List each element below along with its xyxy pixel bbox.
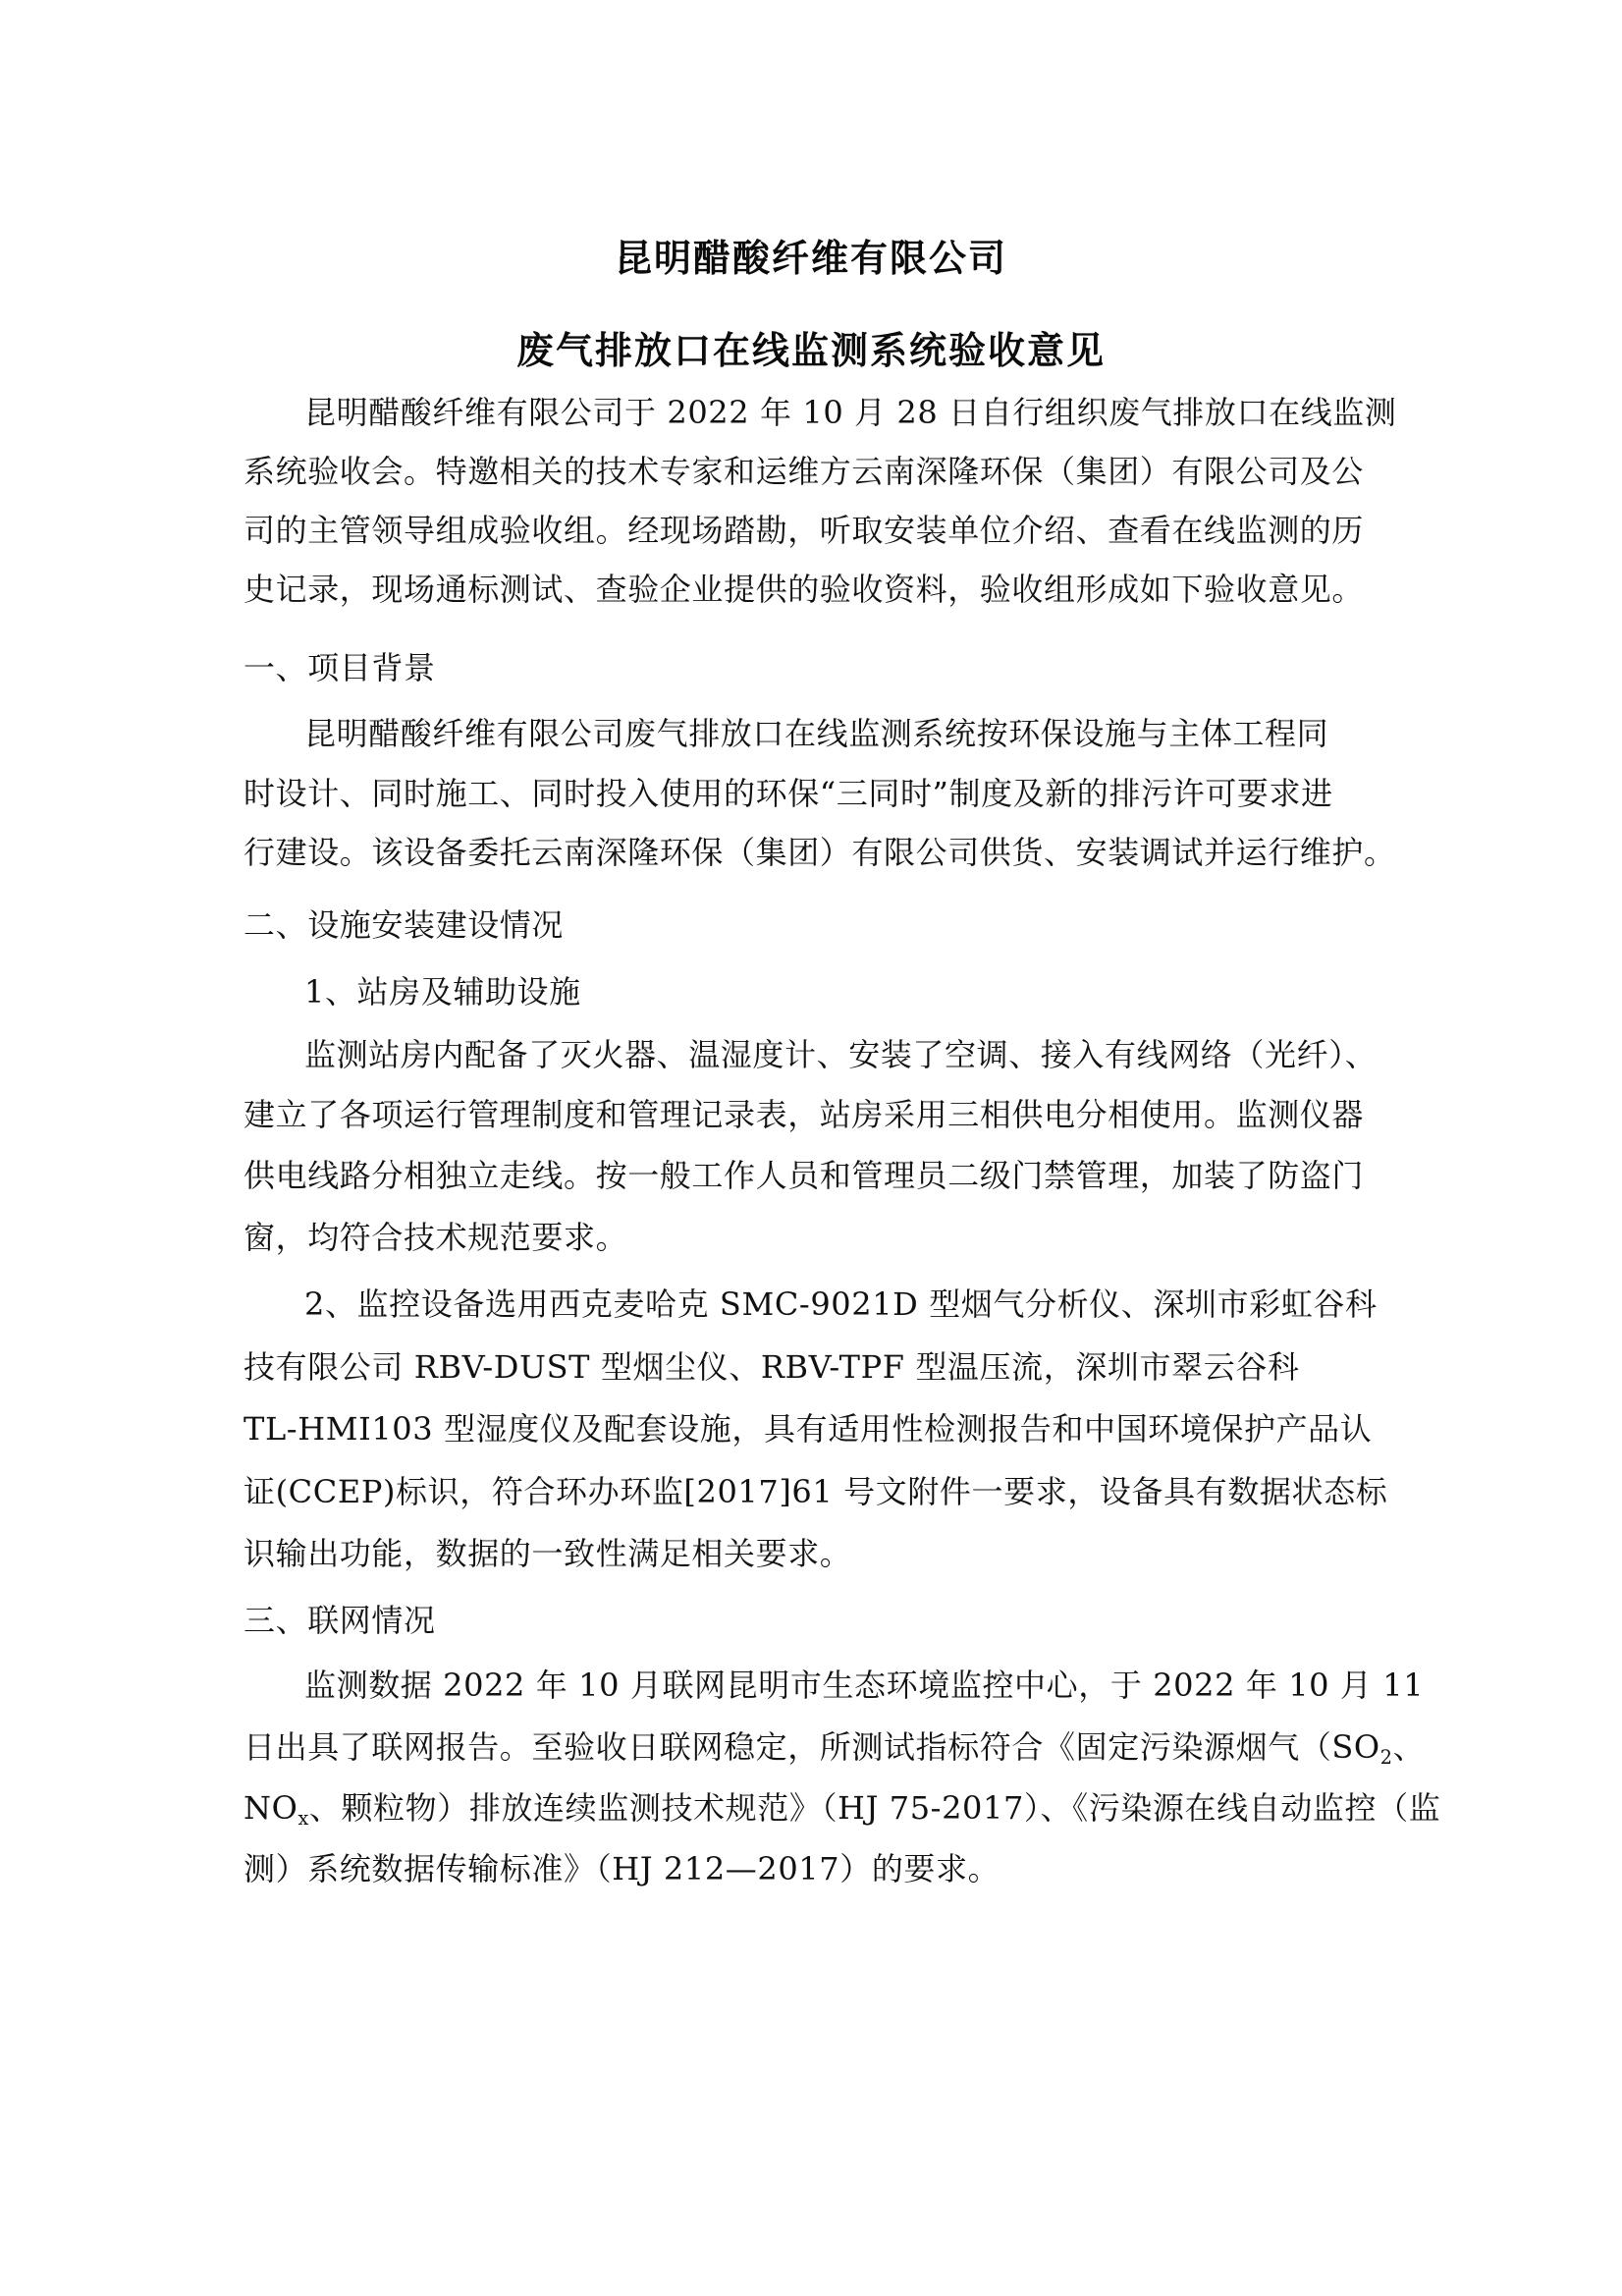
text-run: 、 (1393, 1728, 1426, 1766)
intro-line: 史记录，现场通标测试、查验企业提供的验收资料，验收组形成如下验收意见。 (243, 568, 1371, 611)
section-heading-background: 一、项目背景 (243, 646, 1371, 689)
body-line: TL-HMI103 型湿度仪及配套设施，具有适用性检测报告和中国环境保护产品认 (243, 1407, 1371, 1450)
section-heading-installation: 二、设施安装建设情况 (243, 903, 1371, 947)
body-line: 供电线路分相独立走线。按一般工作人员和管理员二级门禁管理，加装了防盗门 (243, 1154, 1371, 1197)
body-line: 技有限公司 RBV-DUST 型烟尘仪、RBV-TPF 型温压流，深圳市翠云谷科 (243, 1345, 1371, 1389)
body-line: 证(CCEP)标识，符合环办环监[2017]61 号文附件一要求，设备具有数据状… (243, 1470, 1371, 1513)
document-title: 废气排放口在线监测系统验收意见 (0, 320, 1622, 374)
body-line: 行建设。该设备委托云南深隆环保（集团）有限公司供货、安装调试并运行维护。 (243, 831, 1371, 874)
body-line: 监测数据 2022 年 10 月联网昆明市生态环境监控中心，于 2022 年 1… (304, 1664, 1371, 1707)
text-run: 日出具了联网报告。至验收日联网稳定，所测试指标符合《固定污染源烟气（SO (243, 1728, 1380, 1766)
subsection-heading-station: 1、站房及辅助设施 (304, 970, 1371, 1013)
text-run: 、颗粒物）排放连续监测技术规范》（HJ 75-2017）、《污染源在线自动监控（… (309, 1789, 1440, 1827)
intro-line: 司的主管领导组成验收组。经现场踏勘，听取安装单位介绍、查看在线监测的历 (243, 509, 1371, 552)
body-line: 窗，均符合技术规范要求。 (243, 1216, 1371, 1259)
body-line: 时设计、同时施工、同时投入使用的环保“三同时”制度及新的排污许可要求进 (243, 772, 1371, 815)
body-line: 日出具了联网报告。至验收日联网稳定，所测试指标符合《固定污染源烟气（SO2、 (243, 1725, 1371, 1779)
section-heading-networking: 三、联网情况 (243, 1599, 1371, 1642)
body-line: 监测站房内配备了灭火器、温湿度计、安装了空调、接入有线网络（光纤）、 (304, 1033, 1371, 1076)
body-line: 昆明醋酸纤维有限公司废气排放口在线监测系统按环保设施与主体工程同 (304, 712, 1371, 755)
subscript: x (297, 1807, 308, 1830)
document-page: 昆明醋酸纤维有限公司 废气排放口在线监测系统验收意见 昆明醋酸纤维有限公司于 2… (0, 0, 1622, 2296)
intro-line: 系统验收会。特邀相关的技术专家和运维方云南深隆环保（集团）有限公司及公 (243, 450, 1371, 493)
body-line: 测）系统数据传输标准》（HJ 212—2017）的要求。 (243, 1847, 1371, 1890)
body-line: 建立了各项运行管理制度和管理记录表，站房采用三相供电分相使用。监测仪器 (243, 1093, 1371, 1136)
body-line: NOx、颗粒物）排放连续监测技术规范》（HJ 75-2017）、《污染源在线自动… (243, 1786, 1371, 1840)
company-title: 昆明醋酸纤维有限公司 (0, 228, 1622, 282)
intro-line: 昆明醋酸纤维有限公司于 2022 年 10 月 28 日自行组织废气排放口在线监… (304, 391, 1371, 434)
body-line: 2、监控设备选用西克麦哈克 SMC-9021D 型烟气分析仪、深圳市彩虹谷科 (304, 1283, 1371, 1326)
body-line: 识输出功能，数据的一致性满足相关要求。 (243, 1532, 1371, 1575)
text-run: NO (243, 1789, 297, 1827)
subscript: 2 (1380, 1746, 1393, 1769)
